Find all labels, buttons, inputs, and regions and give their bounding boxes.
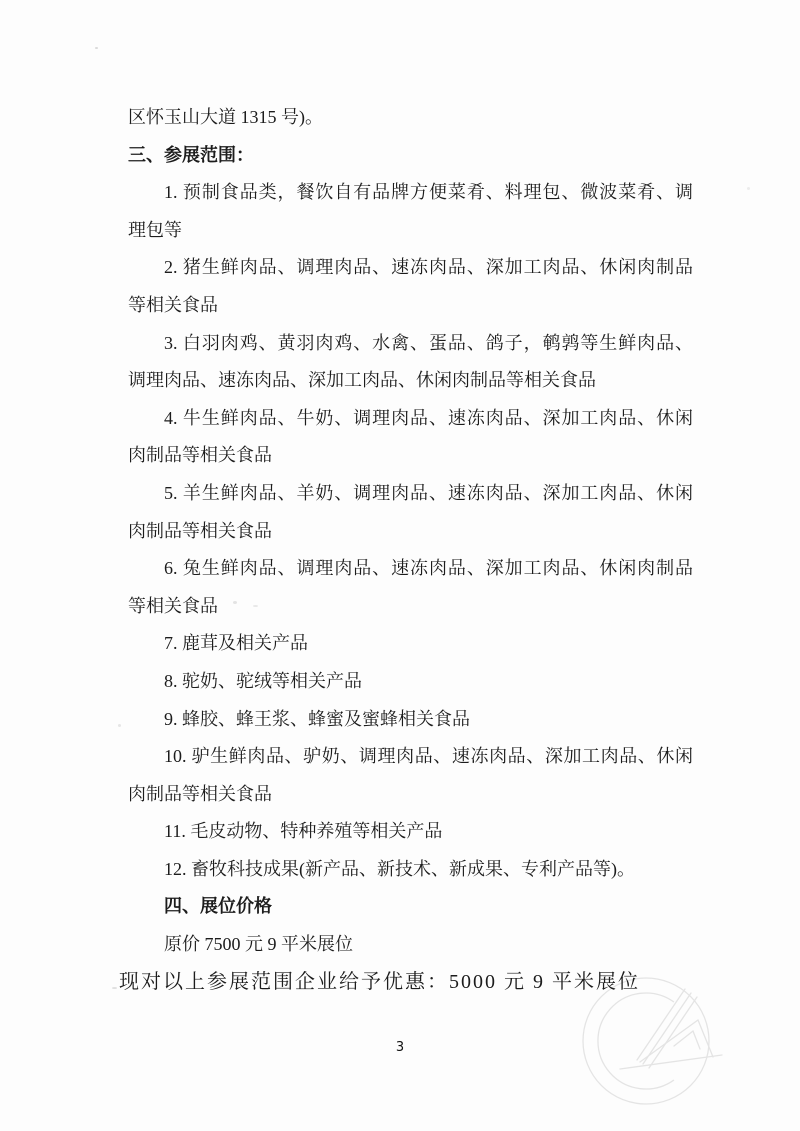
list-item-3-line-1: 3. 白羽肉鸡、黄羽肉鸡、水禽、蛋品、鸽子，鹌鹑等生鲜肉品、	[128, 325, 693, 363]
scan-speck	[95, 47, 98, 49]
list-item-10-line-1: 10. 驴生鲜肉品、驴奶、调理肉品、速冻肉品、深加工肉品、休闲	[128, 738, 693, 776]
list-item-12: 12. 畜牧科技成果(新产品、新技术、新成果、专利产品等)。	[128, 851, 693, 889]
list-item-5-line-1: 5. 羊生鲜肉品、羊奶、调理肉品、速冻肉品、深加工肉品、休闲	[128, 475, 693, 513]
scan-speck	[253, 605, 258, 607]
list-item-1-line-1: 1. 预制食品类，餐饮自有品牌方便菜肴、料理包、微波菜肴、调	[128, 174, 693, 212]
address-continuation-line: 区怀玉山大道 1315 号)。	[128, 99, 693, 137]
list-item-7: 7. 鹿茸及相关产品	[128, 625, 693, 663]
list-item-9: 9. 蜂胶、蜂王浆、蜂蜜及蜜蜂相关食品	[128, 701, 693, 739]
scanned-document-page: 区怀玉山大道 1315 号)。 三、参展范围： 1. 预制食品类，餐饮自有品牌方…	[0, 0, 800, 1131]
list-item-3-line-2: 调理肉品、速冻肉品、深加工肉品、休闲肉制品等相关食品	[128, 362, 693, 400]
page-number: 3	[0, 1040, 800, 1055]
scan-speck	[118, 724, 121, 727]
list-item-2-line-2: 等相关食品	[128, 287, 693, 325]
original-price-line: 原价 7500 元 9 平米展位	[128, 926, 693, 964]
section-heading-booth-price: 四、展位价格	[128, 888, 693, 926]
section-heading-exhibition-scope: 三、参展范围：	[128, 137, 693, 175]
list-item-2-line-1: 2. 猪生鲜肉品、调理肉品、速冻肉品、深加工肉品、休闲肉制品	[128, 249, 693, 287]
list-item-4-line-1: 4. 牛生鲜肉品、牛奶、调理肉品、速冻肉品、深加工肉品、休闲	[128, 400, 693, 438]
list-item-5-line-2: 肉制品等相关食品	[128, 513, 693, 551]
list-item-6-line-1: 6. 兔生鲜肉品、调理肉品、速冻肉品、深加工肉品、休闲肉制品	[128, 550, 693, 588]
list-item-11: 11. 毛皮动物、特种养殖等相关产品	[128, 813, 693, 851]
list-item-6-line-2: 等相关食品	[128, 588, 693, 626]
list-item-1-line-2: 理包等	[128, 212, 693, 250]
scan-speck	[747, 187, 750, 190]
discount-price-line: 现对以上参展范围企业给予优惠：5000 元 9 平米展位	[119, 964, 693, 1002]
list-item-10-line-2: 肉制品等相关食品	[128, 776, 693, 814]
scan-speck	[112, 987, 117, 989]
document-body: 区怀玉山大道 1315 号)。 三、参展范围： 1. 预制食品类，餐饮自有品牌方…	[128, 99, 693, 1001]
list-item-4-line-2: 肉制品等相关食品	[128, 437, 693, 475]
list-item-8: 8. 驼奶、驼绒等相关产品	[128, 663, 693, 701]
scan-speck	[233, 601, 237, 604]
